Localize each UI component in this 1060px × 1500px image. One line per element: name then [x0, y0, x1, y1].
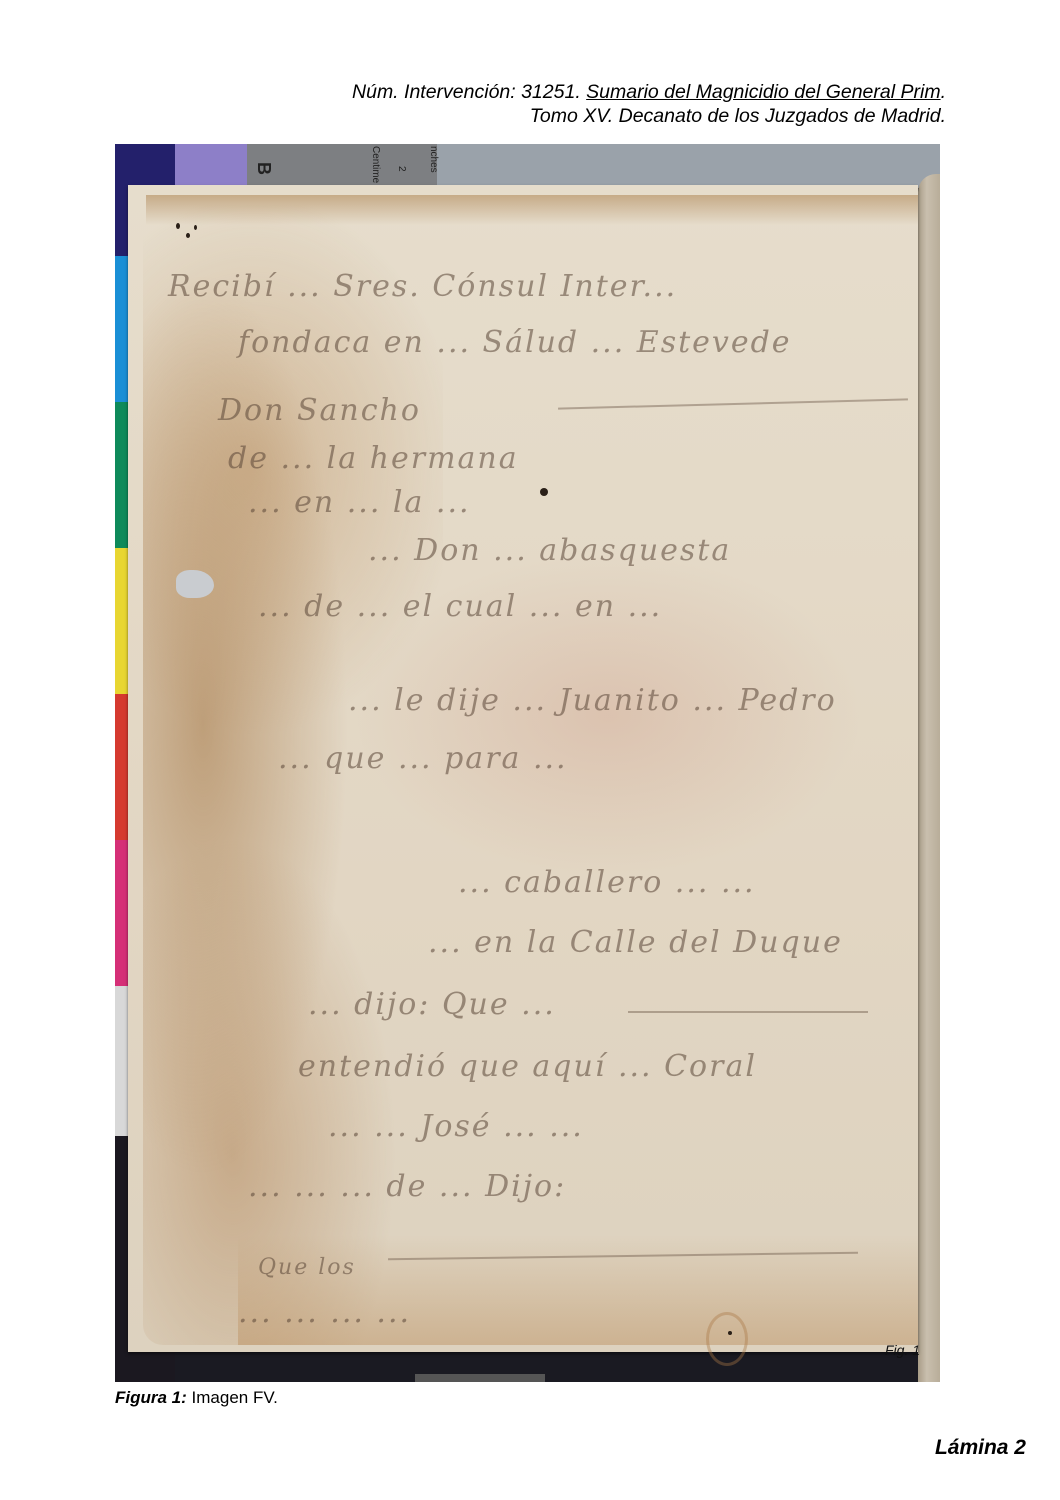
handwriting-line: ... Don ... abasquesta [368, 533, 731, 568]
handwriting-line: fondaca en ... Sálud ... Estevede [238, 325, 792, 360]
ink-blot [540, 488, 548, 496]
bottom-ruler-card [415, 1374, 545, 1382]
handwriting-line: de ... la hermana [228, 441, 519, 476]
paper-hole [176, 570, 214, 598]
figure-caption: Figura 1: Imagen FV. [115, 1388, 278, 1408]
book-edge [918, 174, 940, 1382]
plate-number: Lámina 2 [935, 1436, 1026, 1460]
ink-speck [186, 233, 190, 238]
handwriting-line: ... de ... el cual ... en ... [258, 589, 662, 624]
stain-ring [706, 1312, 748, 1366]
page-header: Núm. Intervención: 31251. Sumario del Ma… [352, 80, 946, 128]
handwriting-line: Recibí ... Sres. Cónsul Inter... [168, 269, 677, 304]
handwriting-line: entendió que aquí ... Coral [298, 1049, 757, 1084]
ruler-label-centimeters: Centime [370, 146, 381, 183]
caption-text: Imagen FV. [187, 1388, 278, 1407]
ink-speck [194, 225, 197, 230]
header-line-1: Núm. Intervención: 31251. Sumario del Ma… [352, 80, 946, 104]
header-line-2: Tomo XV. Decanato de los Juzgados de Mad… [352, 104, 946, 128]
manuscript-page: Recibí ... Sres. Cónsul Inter... fondaca… [128, 185, 918, 1352]
ruler-label-b: B [253, 162, 274, 175]
ruler-lavender-patch [175, 144, 247, 188]
handwriting-line: Que los [258, 1255, 356, 1280]
handwriting-line: ... que ... para ... [278, 741, 568, 776]
scale-ruler: B Centime nches 2 [175, 144, 940, 188]
handwriting-line: ... en la Calle del Duque [428, 925, 843, 960]
handwriting-line: Don Sancho [218, 393, 421, 428]
case-title: Sumario del Magnicidio del General Prim [586, 81, 940, 103]
handwriting-line: ... dijo: Que ... [308, 987, 556, 1022]
ruled-line [628, 1011, 868, 1013]
caption-label: Figura 1: [115, 1388, 187, 1407]
ruler-tick-number: 2 [396, 166, 407, 172]
handwriting-line: ... le dije ... Juanito ... Pedro [348, 683, 837, 718]
ruler-label-inches: nches [428, 146, 439, 173]
handwriting-line: ... caballero ... ... [458, 865, 756, 900]
handwriting-line: ... ... ... ... [238, 1295, 411, 1330]
manuscript-photograph: B Centime nches 2 Recibí ... Sres. Cónsu… [115, 144, 940, 1382]
handwriting-line: ... en ... la ... [248, 485, 471, 520]
ink-speck [176, 223, 180, 229]
ruler-grey-patch [247, 144, 437, 188]
ruled-line [558, 398, 908, 409]
figure-tag: Fig. 1 [885, 1342, 920, 1358]
handwriting-line: ... ... ... de ... Dijo: [248, 1169, 566, 1204]
handwriting-line: ... ... José ... ... [328, 1109, 584, 1144]
